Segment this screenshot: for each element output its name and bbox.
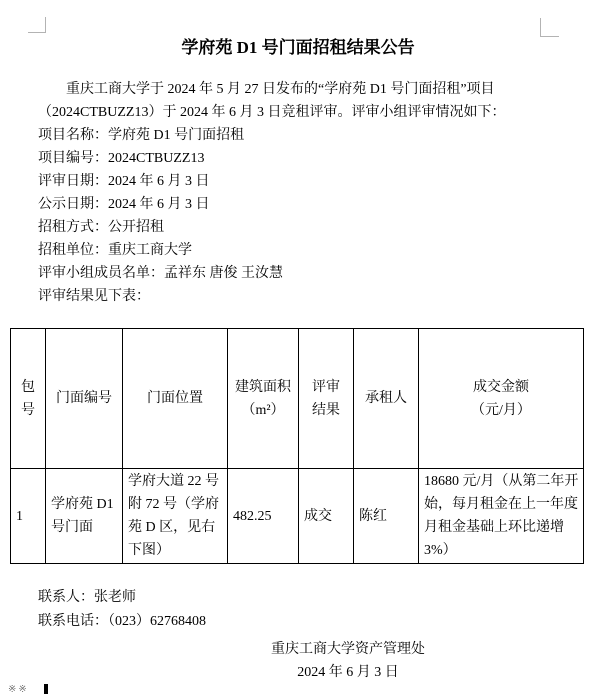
cell-package-no: 1	[11, 469, 46, 564]
cell-shop-location: 学府大道 22 号附 72 号（学府苑 D 区，见右下图）	[123, 469, 228, 564]
contact-block: 联系人：张老师 联系电话：（023）62768408	[38, 586, 558, 634]
cell-lessee: 陈红	[354, 469, 419, 564]
intro-paragraph: 重庆工商大学于 2024 年 5 月 27 日发布的“学府苑 D1 号门面招租”…	[38, 78, 558, 124]
signature-date: 2024 年 6 月 3 日	[198, 661, 498, 684]
cell-floor-area: 482.25	[228, 469, 299, 564]
contact-phone: 联系电话：（023）62768408	[38, 610, 558, 634]
cell-deal-amount: 18680 元/月（从第二年开始，每月租金在上一年度月租金基础上环比递增 3%）	[419, 469, 584, 564]
document-page: 学府苑 D1 号门面招租结果公告 重庆工商大学于 2024 年 5 月 27 日…	[0, 0, 596, 694]
cell-shop-number: 学府苑 D1 号门面	[46, 469, 123, 564]
contact-person: 联系人：张老师	[38, 586, 558, 610]
page-title: 学府苑 D1 号门面招租结果公告	[38, 36, 558, 60]
page-margin-mark-topright	[540, 18, 559, 37]
clipped-next-page-marks: ※※	[8, 684, 29, 694]
signature-block: 重庆工商大学资产管理处 2024 年 6 月 3 日	[198, 638, 498, 684]
result-table: 包 号 门面编号 门面位置 建筑面积 （m²） 评审 结果 承租人 成交金额 （…	[10, 328, 584, 564]
info-line-review-date: 评审日期：2024 年 6 月 3 日	[38, 170, 558, 193]
info-line-result-note: 评审结果见下表：	[38, 285, 558, 308]
col-header-package-no: 包 号	[11, 329, 46, 469]
col-header-shop-location: 门面位置	[123, 329, 228, 469]
info-line-publicity-date: 公示日期：2024 年 6 月 3 日	[38, 193, 558, 216]
cell-review-result: 成交	[299, 469, 354, 564]
col-header-review-result: 评审 结果	[299, 329, 354, 469]
signature-org: 重庆工商大学资产管理处	[198, 638, 498, 661]
col-header-lessee: 承租人	[354, 329, 419, 469]
info-block: 项目名称：学府苑 D1 号门面招租 项目编号：2024CTBUZZ13 评审日期…	[38, 124, 558, 308]
info-line-rental-unit: 招租单位：重庆工商大学	[38, 239, 558, 262]
col-header-shop-number: 门面编号	[46, 329, 123, 469]
info-line-review-panel: 评审小组成员名单：孟祥东 唐俊 王汝慧	[38, 262, 558, 285]
info-line-project-name: 项目名称：学府苑 D1 号门面招租	[38, 124, 558, 147]
info-line-project-number: 项目编号：2024CTBUZZ13	[38, 147, 558, 170]
info-line-rental-method: 招租方式：公开招租	[38, 216, 558, 239]
page-margin-mark-topleft	[28, 17, 46, 33]
text-cursor	[44, 684, 48, 694]
table-header-row: 包 号 门面编号 门面位置 建筑面积 （m²） 评审 结果 承租人 成交金额 （…	[11, 329, 584, 469]
col-header-floor-area: 建筑面积 （m²）	[228, 329, 299, 469]
table-row: 1 学府苑 D1 号门面 学府大道 22 号附 72 号（学府苑 D 区，见右下…	[11, 469, 584, 564]
col-header-deal-amount: 成交金额 （元/月）	[419, 329, 584, 469]
